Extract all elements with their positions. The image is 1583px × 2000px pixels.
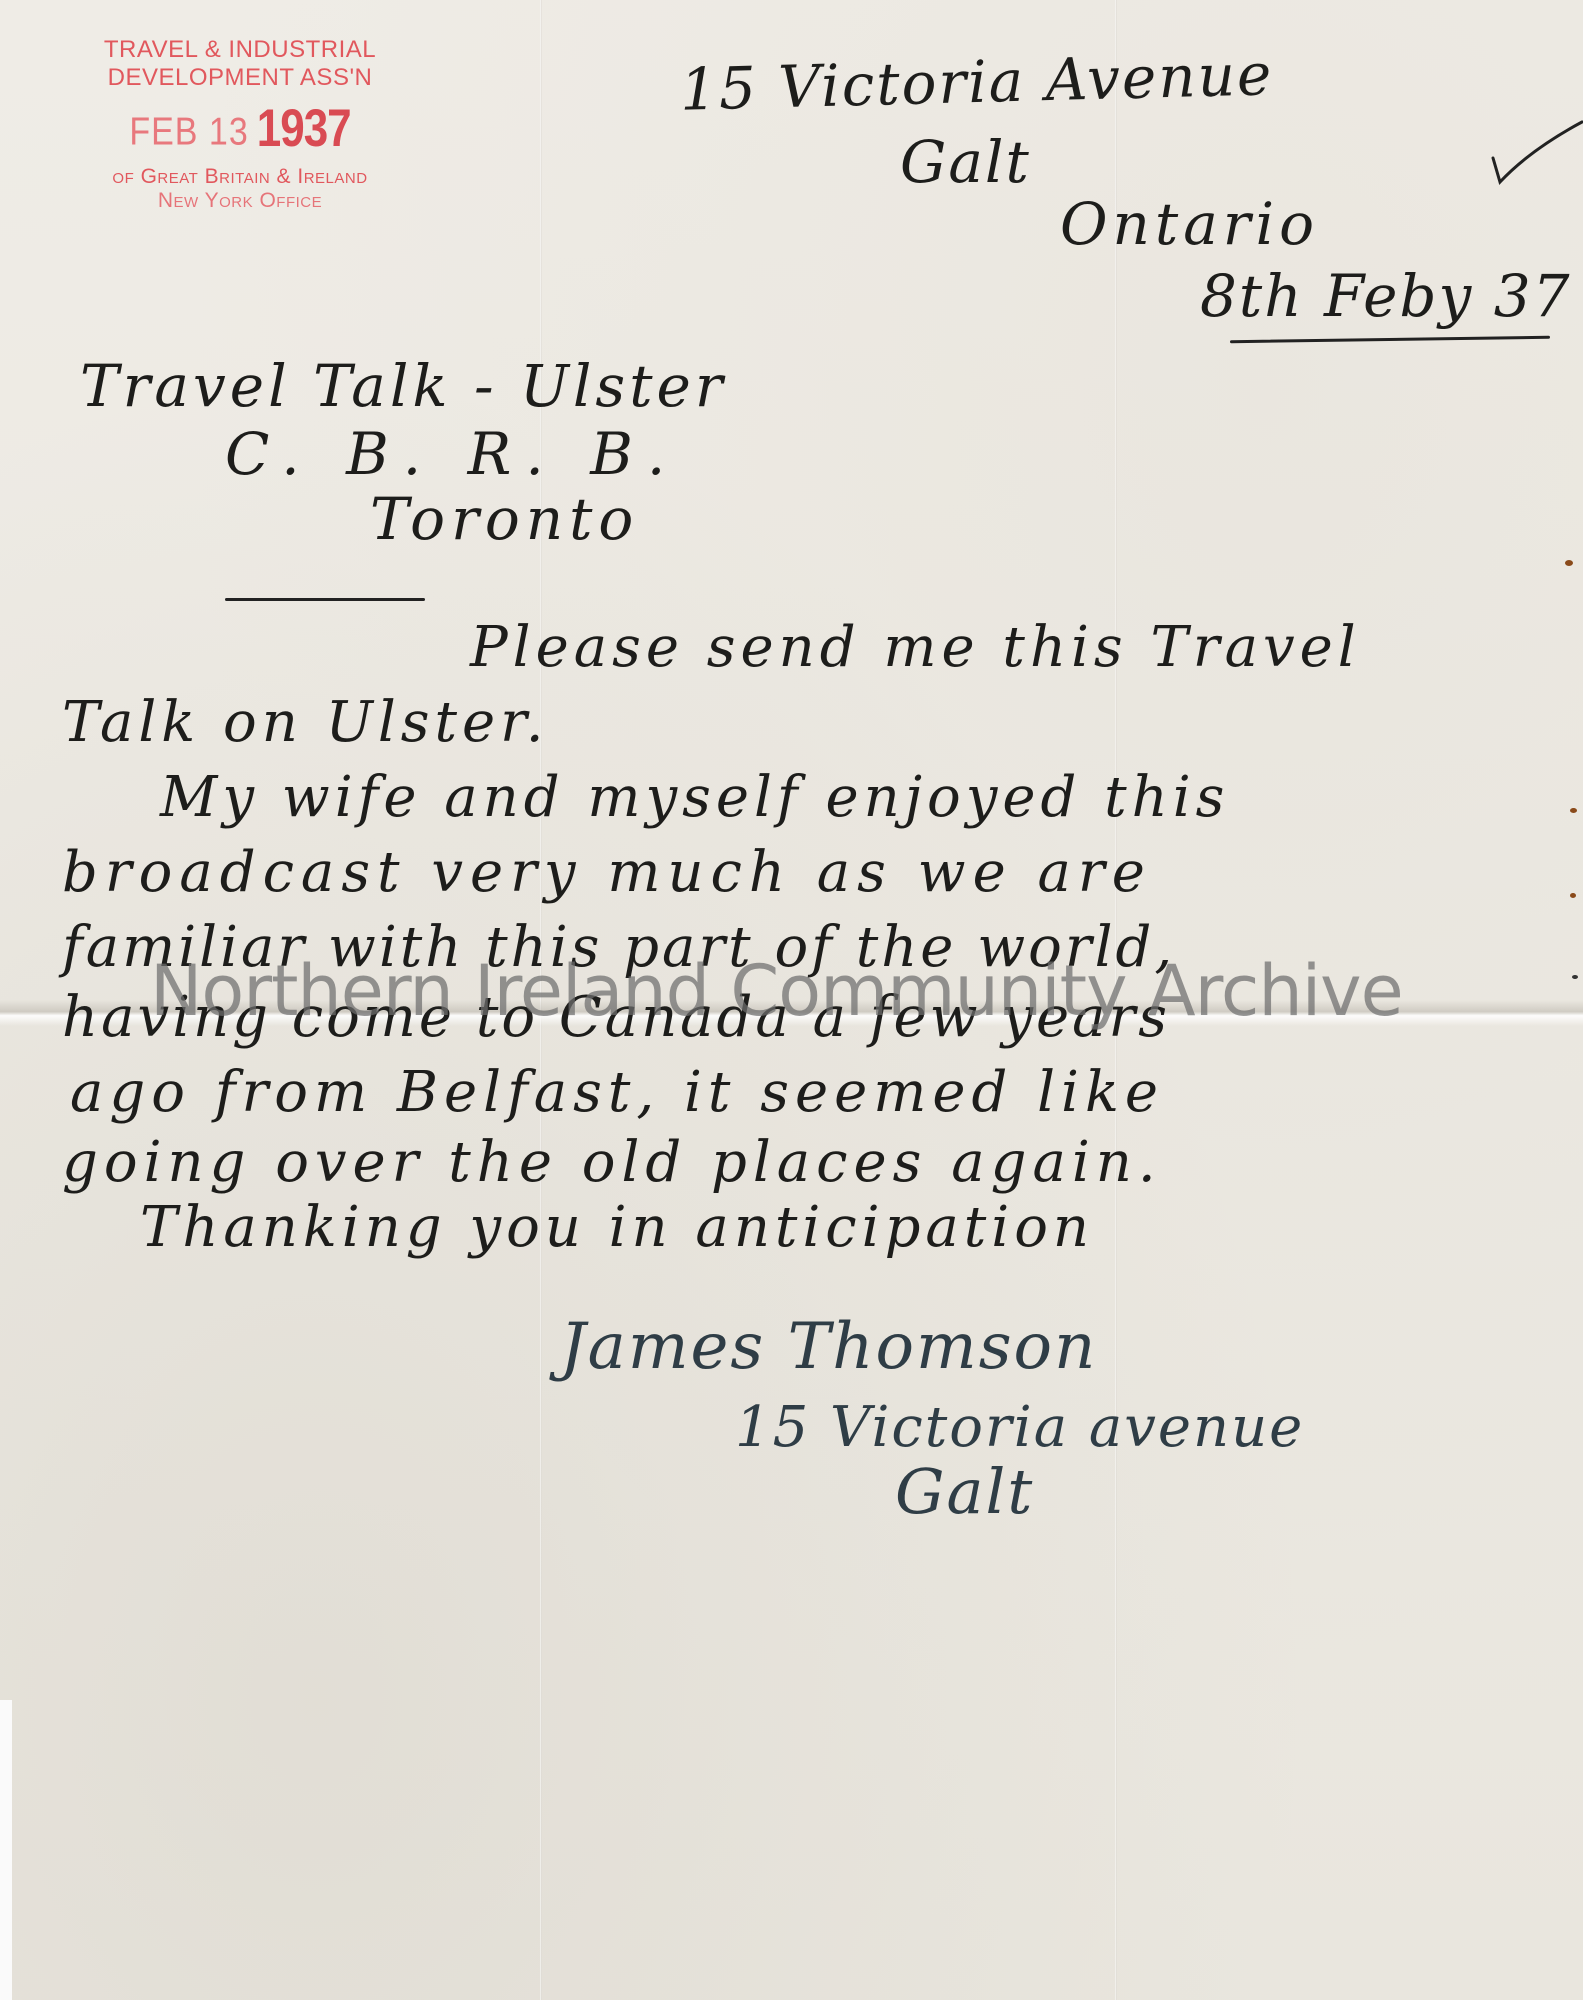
body-line: ago from Belfast, it seemed like — [70, 1060, 1164, 1125]
body-line: going over the old places again. — [62, 1130, 1162, 1195]
body-line: broadcast very much as we are — [62, 840, 1152, 905]
salutation-divider — [225, 598, 425, 601]
body-line: Please send me this Travel — [470, 615, 1361, 680]
sender-city: Galt — [900, 128, 1031, 196]
recipient-line3: Toronto — [370, 485, 639, 553]
stamp-date-year: 1937 — [257, 101, 351, 156]
rust-spot — [1570, 808, 1577, 813]
signature-name: James Thomson — [560, 1310, 1097, 1384]
body-line: Talk on Ulster. — [62, 690, 549, 755]
letter-date: 8th Feby 37 — [1200, 262, 1572, 330]
stamp-org-line1: TRAVEL & INDUSTRIAL — [40, 36, 440, 64]
recipient-line2: C. B. R. B. — [225, 420, 679, 488]
rust-spot — [1565, 560, 1573, 566]
received-stamp: TRAVEL & INDUSTRIAL DEVELOPMENT ASS'N FE… — [40, 36, 440, 213]
body-line: My wife and myself enjoyed this — [160, 765, 1229, 830]
stamp-date: FEB 13 1937 — [40, 106, 440, 155]
rust-spot — [1570, 893, 1576, 898]
recipient-line1: Travel Talk - Ulster — [80, 352, 727, 420]
signature-street: 15 Victoria avenue — [735, 1395, 1304, 1460]
stamp-date-month-day: FEB 13 — [129, 106, 248, 159]
stamp-org-line2: DEVELOPMENT ASS'N — [40, 64, 440, 92]
signature-city: Galt — [895, 1455, 1034, 1528]
sender-province: Ontario — [1060, 190, 1319, 258]
check-icon — [1490, 120, 1583, 190]
stamp-org-line3: of Great Britain & Ireland — [40, 165, 440, 189]
closing-line: Thanking you in anticipation — [140, 1195, 1094, 1260]
archive-watermark: Northern Ireland Community Archive — [150, 950, 1403, 1032]
stamp-org-line4: New York Office — [40, 189, 440, 213]
rust-spot — [1572, 975, 1578, 979]
paper-edge — [0, 1700, 12, 2000]
